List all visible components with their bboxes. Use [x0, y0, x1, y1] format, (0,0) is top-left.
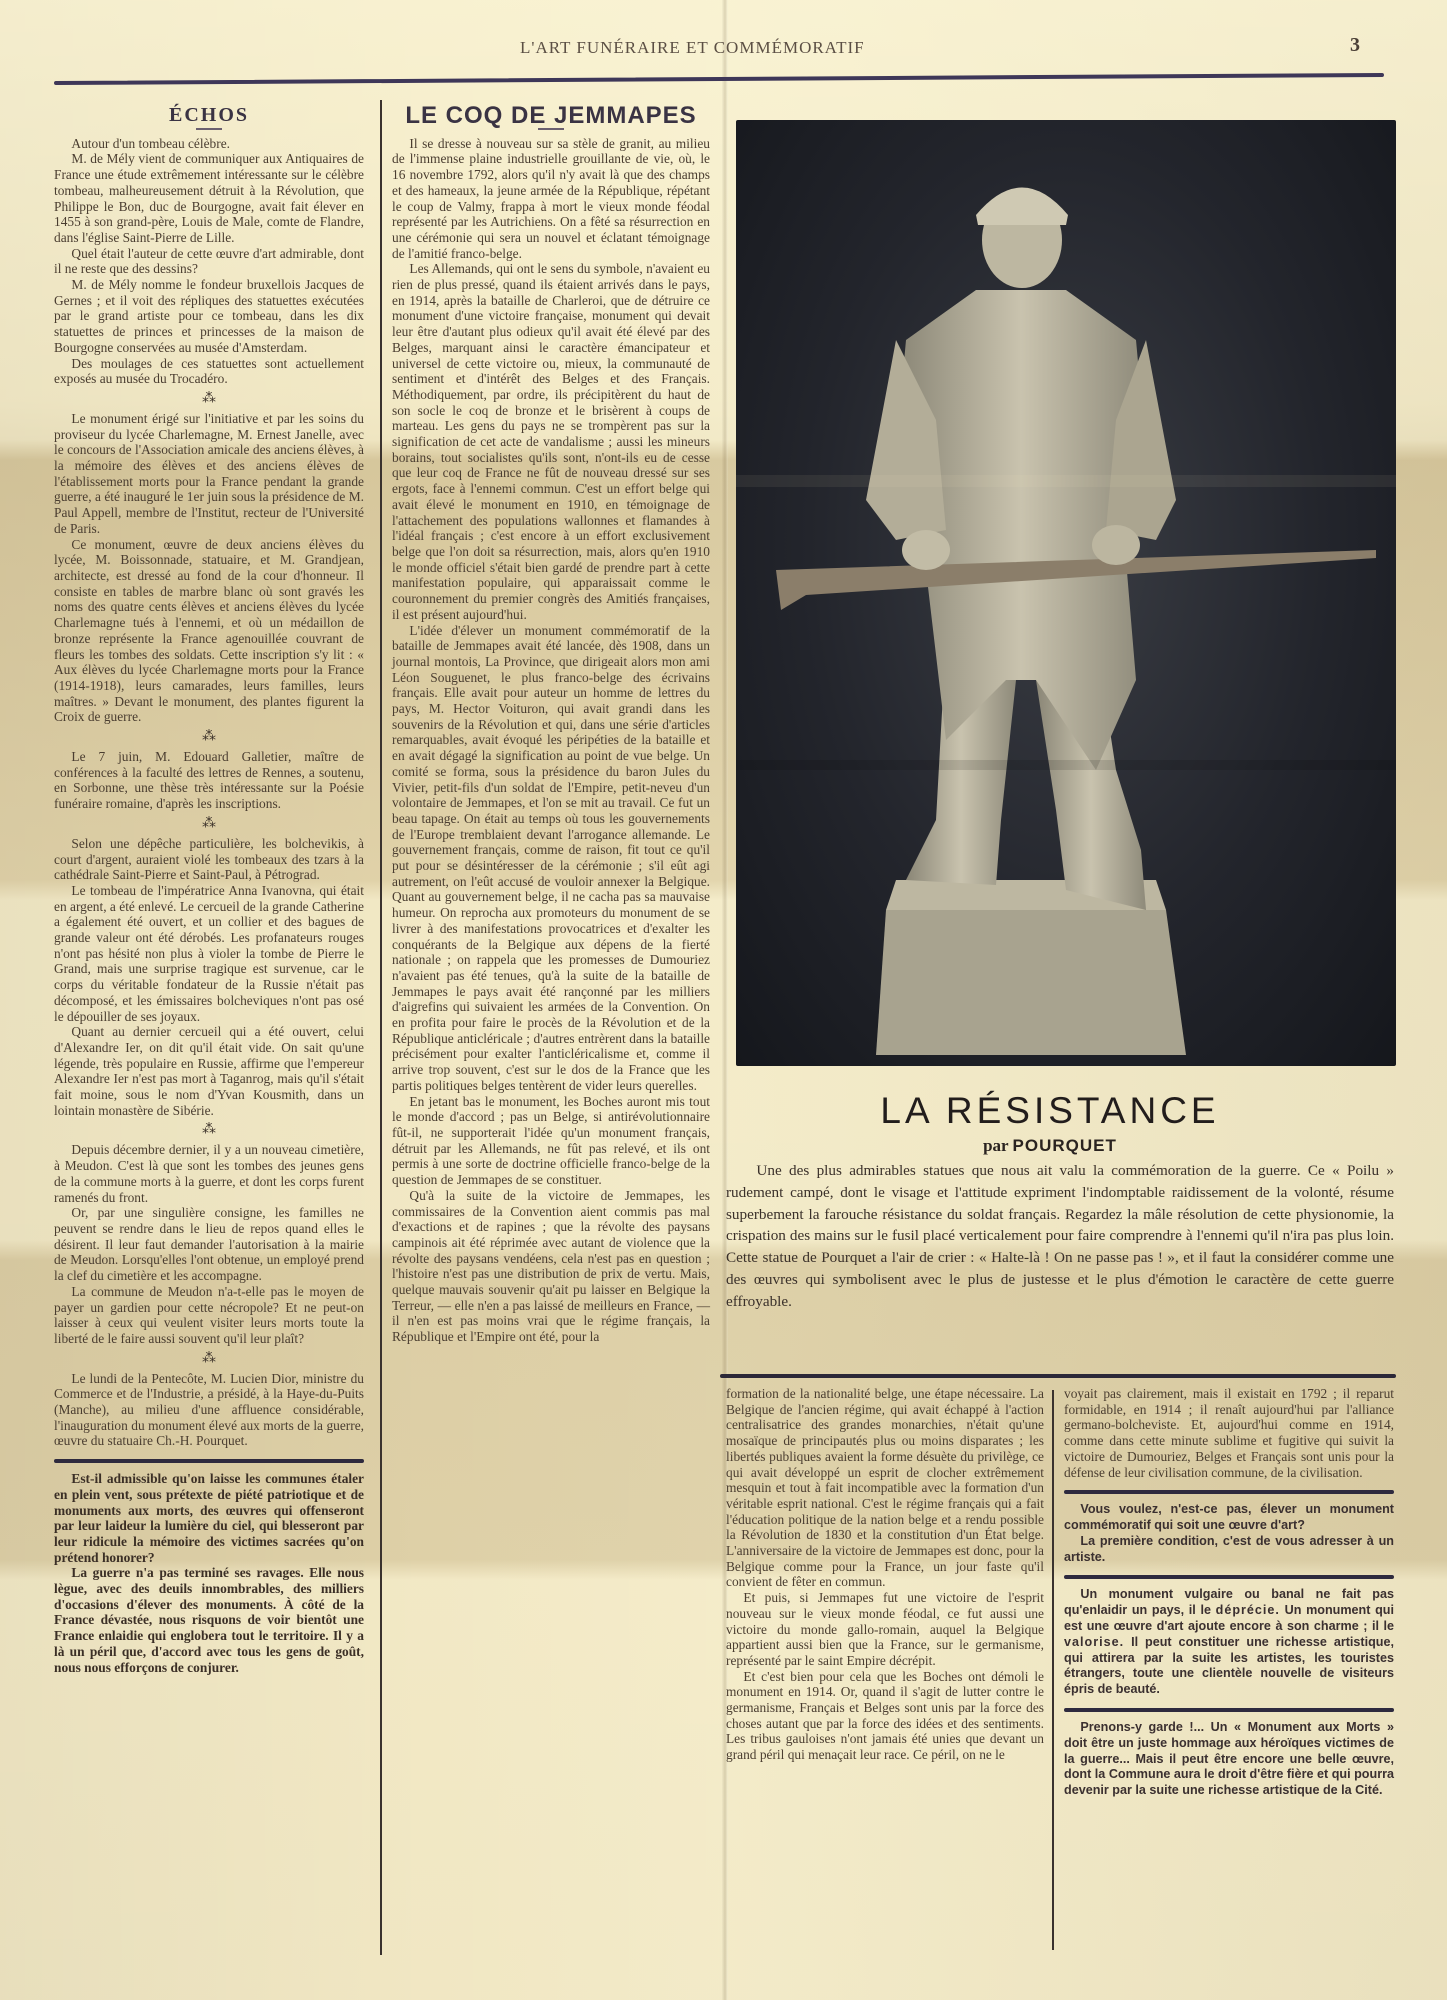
section-rule — [54, 1459, 364, 1463]
statue-illustration — [736, 120, 1396, 1066]
paragraph: En jetant bas le monument, les Boches au… — [392, 1094, 710, 1188]
title-dash — [196, 128, 222, 130]
paragraph: La commune de Meudon n'a-t-elle pas le m… — [54, 1284, 364, 1347]
paragraph: Ce monument, œuvre de deux anciens élève… — [54, 537, 364, 725]
paragraph: Vous voulez, n'est-ce pas, élever un mon… — [1064, 1502, 1394, 1534]
notice-box-2: Un monument vulgaire ou banal ne fait pa… — [1064, 1587, 1394, 1698]
coq-title: LE COQ DE JEMMAPES — [392, 108, 710, 124]
paragraph: L'idée d'élever un monument commémoratif… — [392, 623, 710, 1094]
fleuron-ornament: ⁂ — [54, 390, 364, 408]
byline-author: POURQUET — [1013, 1136, 1117, 1155]
paragraph: Le monument érigé sur l'initiative et pa… — [54, 411, 364, 537]
notice-box-1: Vous voulez, n'est-ce pas, élever un mon… — [1064, 1502, 1394, 1565]
echos-column: ÉCHOS Autour d'un tombeau célèbre. M. de… — [54, 108, 364, 1675]
emphasis: valorise. — [1064, 1635, 1124, 1649]
newspaper-page: L'Art Funéraire et Commémoratif 3 ÉCHOS … — [0, 0, 1447, 2000]
paragraph: Qu'à la suite de la victoire de Jemmapes… — [392, 1188, 710, 1345]
paragraph: formation de la nationalité belge, une é… — [726, 1386, 1044, 1590]
emphasis: déprécie. — [1216, 1603, 1280, 1617]
paragraph: Les Allemands, qui ont le sens du symbol… — [392, 261, 710, 622]
paragraph: Quel était l'auteur de cette œuvre d'art… — [54, 246, 364, 277]
paragraph: Un monument vulgaire ou banal ne fait pa… — [1064, 1587, 1394, 1698]
paragraph: M. de Mély nomme le fondeur bruxellois J… — [54, 277, 364, 356]
page-number: 3 — [1350, 34, 1360, 57]
resistance-byline: par POURQUET — [720, 1136, 1380, 1156]
fleuron-ornament: ⁂ — [54, 1350, 364, 1368]
paragraph: Est-il admissible qu'on laisse les commu… — [54, 1471, 364, 1565]
coq-continued-column: formation de la nationalité belge, une é… — [726, 1386, 1044, 1763]
echo-item: Le 7 juin, M. Edouard Galletier, maître … — [54, 749, 364, 812]
editorial-note: Est-il admissible qu'on laisse les commu… — [54, 1471, 364, 1675]
fleuron-ornament: ⁂ — [54, 815, 364, 833]
paragraph: La guerre n'a pas terminé ses ravages. E… — [54, 1565, 364, 1675]
paragraph: Autour d'un tombeau célèbre. — [54, 136, 364, 152]
notice-box-3: Prenons-y garde !... Un « Monument aux M… — [1064, 1720, 1394, 1799]
paragraph: Prenons-y garde !... Un « Monument aux M… — [1064, 1720, 1394, 1799]
right-column: voyait pas clairement, mais il existait … — [1064, 1386, 1394, 1799]
paragraph: Une des plus admirables statues que nous… — [726, 1160, 1394, 1313]
resistance-intro: Une des plus admirables statues que nous… — [726, 1160, 1394, 1313]
column-divider — [1052, 1390, 1054, 1950]
section-rule — [1064, 1490, 1394, 1494]
echo-item: Autour d'un tombeau célèbre. M. de Mély … — [54, 136, 364, 387]
section-rule — [1064, 1575, 1394, 1579]
paragraph: Or, par une singulière consigne, les fam… — [54, 1205, 364, 1284]
paragraph: M. de Mély vient de communiquer aux Anti… — [54, 151, 364, 245]
paragraph: Selon une dépêche particulière, les bolc… — [54, 836, 364, 883]
statue-photo — [736, 120, 1396, 1066]
paragraph: Depuis décembre dernier, il y a un nouve… — [54, 1142, 364, 1205]
section-rule — [1064, 1708, 1394, 1712]
paragraph: Quant au dernier cercueil qui a été ouve… — [54, 1024, 364, 1118]
echos-title: ÉCHOS — [54, 108, 364, 124]
running-title: L'Art Funéraire et Commémoratif — [520, 38, 865, 58]
coq-column: LE COQ DE JEMMAPES Il se dresse à nouvea… — [392, 108, 710, 1345]
paragraph: La première condition, c'est de vous adr… — [1064, 1534, 1394, 1566]
echo-item: Depuis décembre dernier, il y a un nouve… — [54, 1142, 364, 1346]
paragraph: Et puis, si Jemmapes fut une victoire de… — [726, 1590, 1044, 1669]
section-rule — [720, 1374, 1396, 1378]
echo-item: Selon une dépêche particulière, les bolc… — [54, 836, 364, 1119]
column-divider — [380, 100, 382, 1955]
paragraph: Le tombeau de l'impératrice Anna Ivanovn… — [54, 883, 364, 1024]
paragraph: Il se dresse à nouveau sur sa stèle de g… — [392, 136, 710, 262]
paragraph: Des moulages de ces statuettes sont actu… — [54, 356, 364, 387]
paragraph: Le lundi de la Pentecôte, M. Lucien Dior… — [54, 1371, 364, 1450]
fleuron-ornament: ⁂ — [54, 1121, 364, 1139]
byline-prefix: par — [983, 1136, 1008, 1155]
paragraph: voyait pas clairement, mais il existait … — [1064, 1386, 1394, 1480]
header-rule — [54, 73, 1384, 85]
paragraph: Le 7 juin, M. Edouard Galletier, maître … — [54, 749, 364, 812]
echo-item: Le lundi de la Pentecôte, M. Lucien Dior… — [54, 1371, 364, 1450]
resistance-title: LA RÉSISTANCE — [720, 1090, 1380, 1132]
fleuron-ornament: ⁂ — [54, 728, 364, 746]
paragraph: Et c'est bien pour cela que les Boches o… — [726, 1669, 1044, 1763]
echo-item: Le monument érigé sur l'initiative et pa… — [54, 411, 364, 725]
